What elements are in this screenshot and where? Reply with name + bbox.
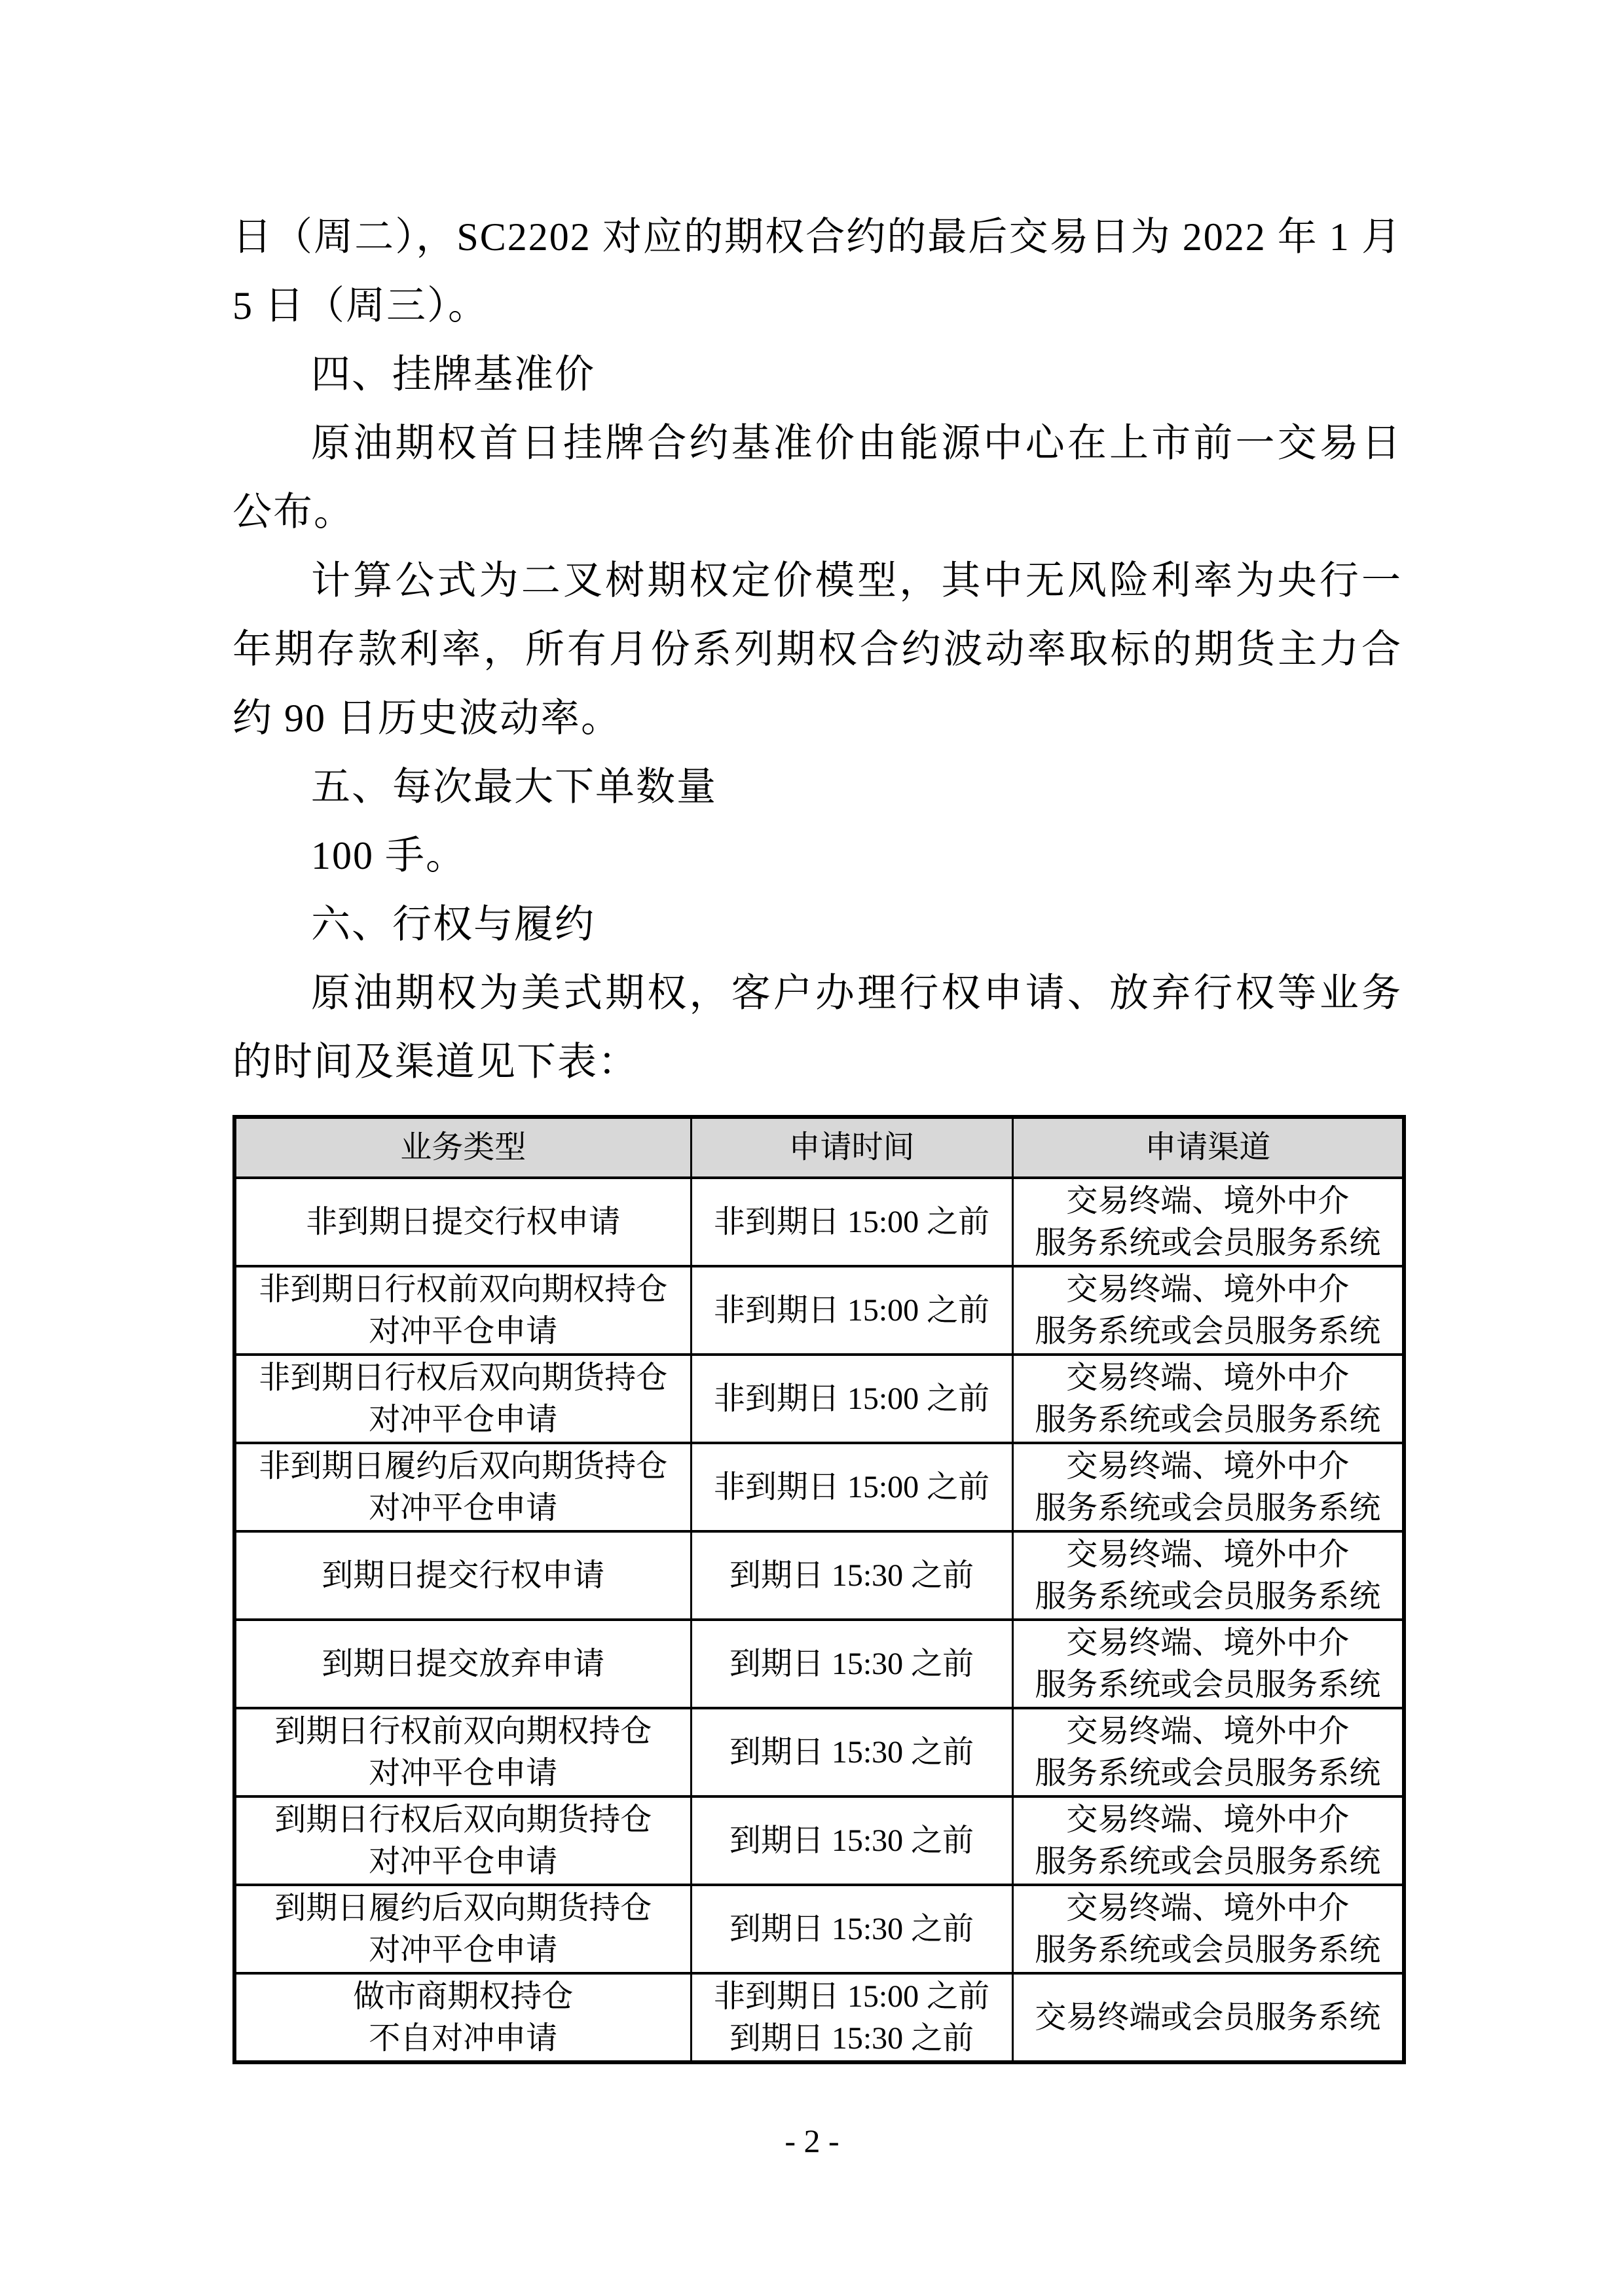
table-row: 到期日行权后双向期货持仓 对冲平仓申请 到期日 15:30 之前 交易终端、境外…	[234, 1796, 1404, 1885]
table-row: 非到期日提交行权申请 非到期日 15:00 之前 交易终端、境外中介 服务系统或…	[234, 1178, 1404, 1266]
cell-apply-channel: 交易终端、境外中介 服务系统或会员服务系统	[1012, 1266, 1404, 1355]
table-row: 到期日提交放弃申请 到期日 15:30 之前 交易终端、境外中介 服务系统或会员…	[234, 1620, 1404, 1708]
cell-apply-time: 到期日 15:30 之前	[691, 1708, 1012, 1796]
table-row: 非到期日行权后双向期货持仓 对冲平仓申请 非到期日 15:00 之前 交易终端、…	[234, 1355, 1404, 1443]
cell-apply-channel: 交易终端、境外中介 服务系统或会员服务系统	[1012, 1355, 1404, 1443]
document-body: 日（周二），SC2202 对应的期权合约的最后交易日为 2022 年 1 月 5…	[232, 203, 1402, 2064]
cell-business-type: 非到期日履约后双向期货持仓 对冲平仓申请	[234, 1443, 691, 1531]
cell-business-type: 非到期日行权后双向期货持仓 对冲平仓申请	[234, 1355, 691, 1443]
section-heading-6: 六、行权与履约	[232, 890, 1402, 959]
cell-apply-channel: 交易终端、境外中介 服务系统或会员服务系统	[1012, 1531, 1404, 1620]
column-header-apply-time: 申请时间	[691, 1117, 1012, 1178]
section-heading-4: 四、挂牌基准价	[232, 340, 1402, 409]
cell-apply-time: 到期日 15:30 之前	[691, 1620, 1012, 1708]
cell-apply-channel: 交易终端、境外中介 服务系统或会员服务系统	[1012, 1796, 1404, 1885]
cell-apply-time: 非到期日 15:00 之前	[691, 1355, 1012, 1443]
cell-apply-time: 非到期日 15:00 之前	[691, 1266, 1012, 1355]
cell-apply-channel: 交易终端、境外中介 服务系统或会员服务系统	[1012, 1708, 1404, 1796]
table-row: 非到期日行权前双向期权持仓 对冲平仓申请 非到期日 15:00 之前 交易终端、…	[234, 1266, 1404, 1355]
table-row: 到期日履约后双向期货持仓 对冲平仓申请 到期日 15:30 之前 交易终端、境外…	[234, 1885, 1404, 1973]
table-row: 到期日提交行权申请 到期日 15:30 之前 交易终端、境外中介 服务系统或会员…	[234, 1531, 1404, 1620]
cell-apply-channel: 交易终端、境外中介 服务系统或会员服务系统	[1012, 1885, 1404, 1973]
cell-business-type: 做市商期权持仓 不自对冲申请	[234, 1973, 691, 2062]
cell-apply-time: 到期日 15:30 之前	[691, 1531, 1012, 1620]
cell-apply-time: 非到期日 15:00 之前	[691, 1443, 1012, 1531]
paragraph-exercise-intro: 原油期权为美式期权，客户办理行权申请、放弃行权等业务的时间及渠道见下表：	[232, 959, 1402, 1097]
cell-apply-channel: 交易终端、境外中介 服务系统或会员服务系统	[1012, 1443, 1404, 1531]
table-header-row: 业务类型 申请时间 申请渠道	[234, 1117, 1404, 1178]
cell-business-type: 非到期日提交行权申请	[234, 1178, 691, 1266]
paragraph-pricing-model: 计算公式为二叉树期权定价模型，其中无风险利率为央行一年期存款利率，所有月份系列期…	[232, 547, 1402, 753]
column-header-apply-channel: 申请渠道	[1012, 1117, 1404, 1178]
table-row: 做市商期权持仓 不自对冲申请 非到期日 15:00 之前 到期日 15:30 之…	[234, 1973, 1404, 2062]
table-row: 到期日行权前双向期权持仓 对冲平仓申请 到期日 15:30 之前 交易终端、境外…	[234, 1708, 1404, 1796]
cell-apply-time: 到期日 15:30 之前	[691, 1796, 1012, 1885]
paragraph-listing-base-price: 原油期权首日挂牌合约基准价由能源中心在上市前一交易日公布。	[232, 409, 1402, 547]
section-heading-5: 五、每次最大下单数量	[232, 753, 1402, 822]
cell-apply-time: 非到期日 15:00 之前 到期日 15:30 之前	[691, 1973, 1012, 2062]
cell-apply-time: 非到期日 15:00 之前	[691, 1178, 1012, 1266]
cell-business-type: 到期日行权后双向期货持仓 对冲平仓申请	[234, 1796, 691, 1885]
cell-business-type: 到期日提交放弃申请	[234, 1620, 691, 1708]
table-row: 非到期日履约后双向期货持仓 对冲平仓申请 非到期日 15:00 之前 交易终端、…	[234, 1443, 1404, 1531]
page-number: - 2 -	[0, 2121, 1624, 2160]
cell-apply-channel: 交易终端、境外中介 服务系统或会员服务系统	[1012, 1620, 1404, 1708]
paragraph-max-order: 100 手。	[232, 822, 1402, 890]
paragraph-continuation: 日（周二），SC2202 对应的期权合约的最后交易日为 2022 年 1 月 5…	[232, 203, 1402, 340]
column-header-business-type: 业务类型	[234, 1117, 691, 1178]
cell-apply-channel: 交易终端、境外中介 服务系统或会员服务系统	[1012, 1178, 1404, 1266]
cell-business-type: 到期日行权前双向期权持仓 对冲平仓申请	[234, 1708, 691, 1796]
cell-apply-time: 到期日 15:30 之前	[691, 1885, 1012, 1973]
exercise-channels-table: 业务类型 申请时间 申请渠道 非到期日提交行权申请 非到期日 15:00 之前 …	[232, 1115, 1406, 2064]
cell-apply-channel: 交易终端或会员服务系统	[1012, 1973, 1404, 2062]
document-page: 日（周二），SC2202 对应的期权合约的最后交易日为 2022 年 1 月 5…	[0, 0, 1624, 2296]
cell-business-type: 到期日履约后双向期货持仓 对冲平仓申请	[234, 1885, 691, 1973]
cell-business-type: 到期日提交行权申请	[234, 1531, 691, 1620]
cell-business-type: 非到期日行权前双向期权持仓 对冲平仓申请	[234, 1266, 691, 1355]
